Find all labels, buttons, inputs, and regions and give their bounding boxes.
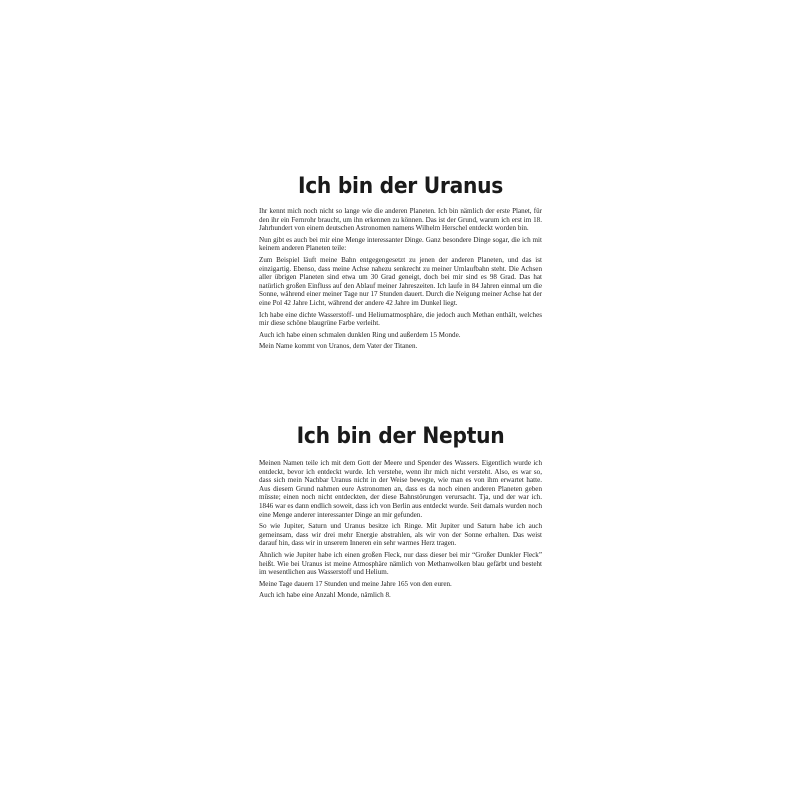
- neptun-body: Meinen Namen teile ich mit dem Gott der …: [259, 459, 542, 600]
- neptun-title: Ich bin der Neptun: [270, 424, 530, 450]
- uranus-body: Ihr kennt mich noch nicht so lange wie d…: [259, 207, 542, 351]
- paragraph: Zum Beispiel läuft meine Bahn entgegenge…: [259, 256, 542, 308]
- uranus-title: Ich bin der Uranus: [270, 174, 530, 200]
- paragraph: Ähnlich wie Jupiter habe ich einen große…: [259, 551, 542, 577]
- paragraph: Ich habe eine dichte Wasserstoff- und He…: [259, 311, 542, 328]
- paragraph: Meinen Namen teile ich mit dem Gott der …: [259, 459, 542, 519]
- paragraph: Auch ich habe eine Anzahl Monde, nämlich…: [259, 591, 542, 600]
- paragraph: Auch ich habe einen schmalen dunklen Rin…: [259, 331, 542, 340]
- neptun-section: Ich bin der Neptun Meinen Namen teile ic…: [259, 424, 542, 603]
- paragraph: Meine Tage dauern 17 Stunden und meine J…: [259, 580, 542, 589]
- paragraph: Ihr kennt mich noch nicht so lange wie d…: [259, 207, 542, 233]
- paragraph: Mein Name kommt von Uranos, dem Vater de…: [259, 342, 542, 351]
- paragraph: Nun gibt es auch bei mir eine Menge inte…: [259, 236, 542, 253]
- paragraph: So wie Jupiter, Saturn und Uranus besitz…: [259, 522, 542, 548]
- uranus-section: Ich bin der Uranus Ihr kennt mich noch n…: [259, 174, 542, 354]
